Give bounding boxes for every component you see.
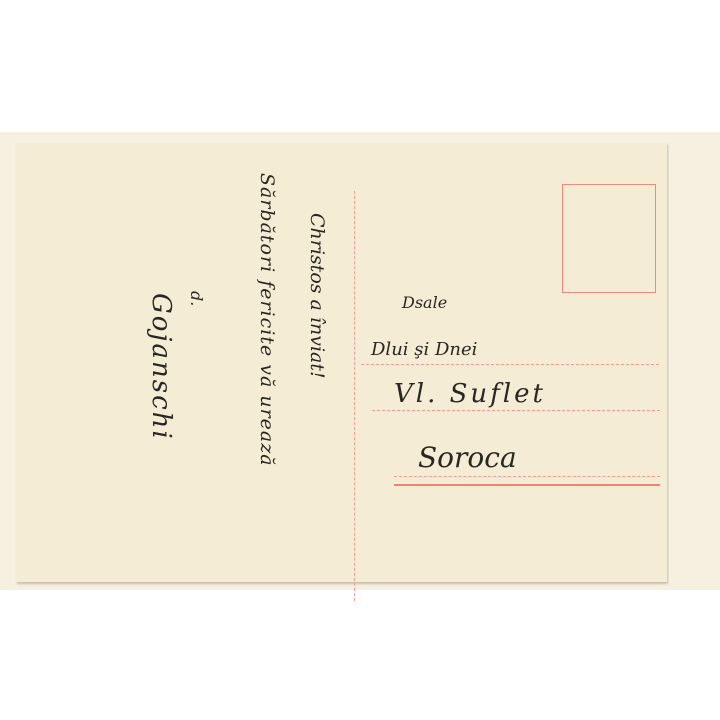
signature-prefix: d. bbox=[187, 291, 206, 306]
address-line-3: Soroca bbox=[418, 441, 517, 474]
address-line-2: Vl. Suflet bbox=[394, 379, 546, 409]
address-rule-4 bbox=[394, 484, 660, 486]
message-line-1: Christos a înviat! bbox=[306, 213, 328, 379]
stamp-box bbox=[562, 184, 656, 293]
address-salutation: Dsale bbox=[402, 293, 447, 312]
postcard: Christos a înviat! Sărbători fericite vă… bbox=[16, 143, 667, 582]
address-rule-1 bbox=[361, 364, 659, 365]
signature: Gojanschi bbox=[146, 293, 176, 441]
center-divider bbox=[354, 191, 355, 601]
message-line-2: Sărbători fericite vă urează bbox=[256, 173, 278, 467]
address-line-1: Dlui şi Dnei bbox=[371, 339, 477, 360]
address-rule-2 bbox=[372, 410, 660, 411]
address-rule-3 bbox=[394, 476, 660, 477]
